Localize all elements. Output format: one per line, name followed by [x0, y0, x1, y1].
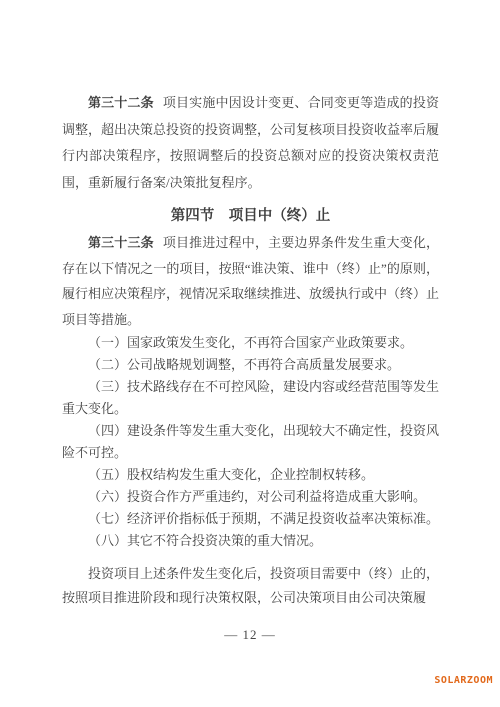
list-item: （五）股权结构发生重大变化，企业控制权转移。 [62, 464, 439, 486]
document-page: 第三十二条项目实施中因设计变更、合同变更等造成的投资调整，超出决策总投资的投资调… [0, 0, 500, 707]
section-heading: 第四节 项目中（终）止 [62, 204, 439, 228]
document-body: 第三十二条项目实施中因设计变更、合同变更等造成的投资调整，超出决策总投资的投资调… [62, 90, 439, 609]
paragraph-article-33: 第三十三条项目推进过程中，主要边界条件发生重大变化，存在以下情况之一的项目，按照… [62, 230, 439, 332]
page-number: — 12 — [0, 627, 500, 643]
list-item: （七）经济评价指标低于预期，不满足投资收益率决策标准。 [62, 508, 439, 530]
list-item: （四）建设条件等发生重大变化，出现较大不确定性，投资风险不可控。 [62, 420, 439, 464]
article-33-number: 第三十三条 [88, 235, 163, 250]
list-item: （三）技术路线存在不可控风险，建设内容或经营范围等发生重大变化。 [62, 376, 439, 420]
watermark-solarzoom: SOLARZOOM [434, 675, 493, 687]
list-item: （八）其它不符合投资决策的重大情况。 [62, 530, 439, 552]
article-32-number: 第三十二条 [88, 95, 163, 110]
condition-list: （一）国家政策发生变化，不再符合国家产业政策要求。 （二）公司战略规划调整，不再… [62, 332, 439, 552]
list-item: （六）投资合作方严重违约，对公司利益将造成重大影响。 [62, 486, 439, 508]
list-item: （二）公司战略规划调整，不再符合高质量发展要求。 [62, 354, 439, 376]
closing-paragraph: 投资项目上述条件发生变化后，投资项目需要中（终）止的，按照项目推进阶段和现行决策… [62, 562, 439, 609]
paragraph-article-32: 第三十二条项目实施中因设计变更、合同变更等造成的投资调整，超出决策总投资的投资调… [62, 90, 439, 196]
list-item: （一）国家政策发生变化，不再符合国家产业政策要求。 [62, 332, 439, 354]
